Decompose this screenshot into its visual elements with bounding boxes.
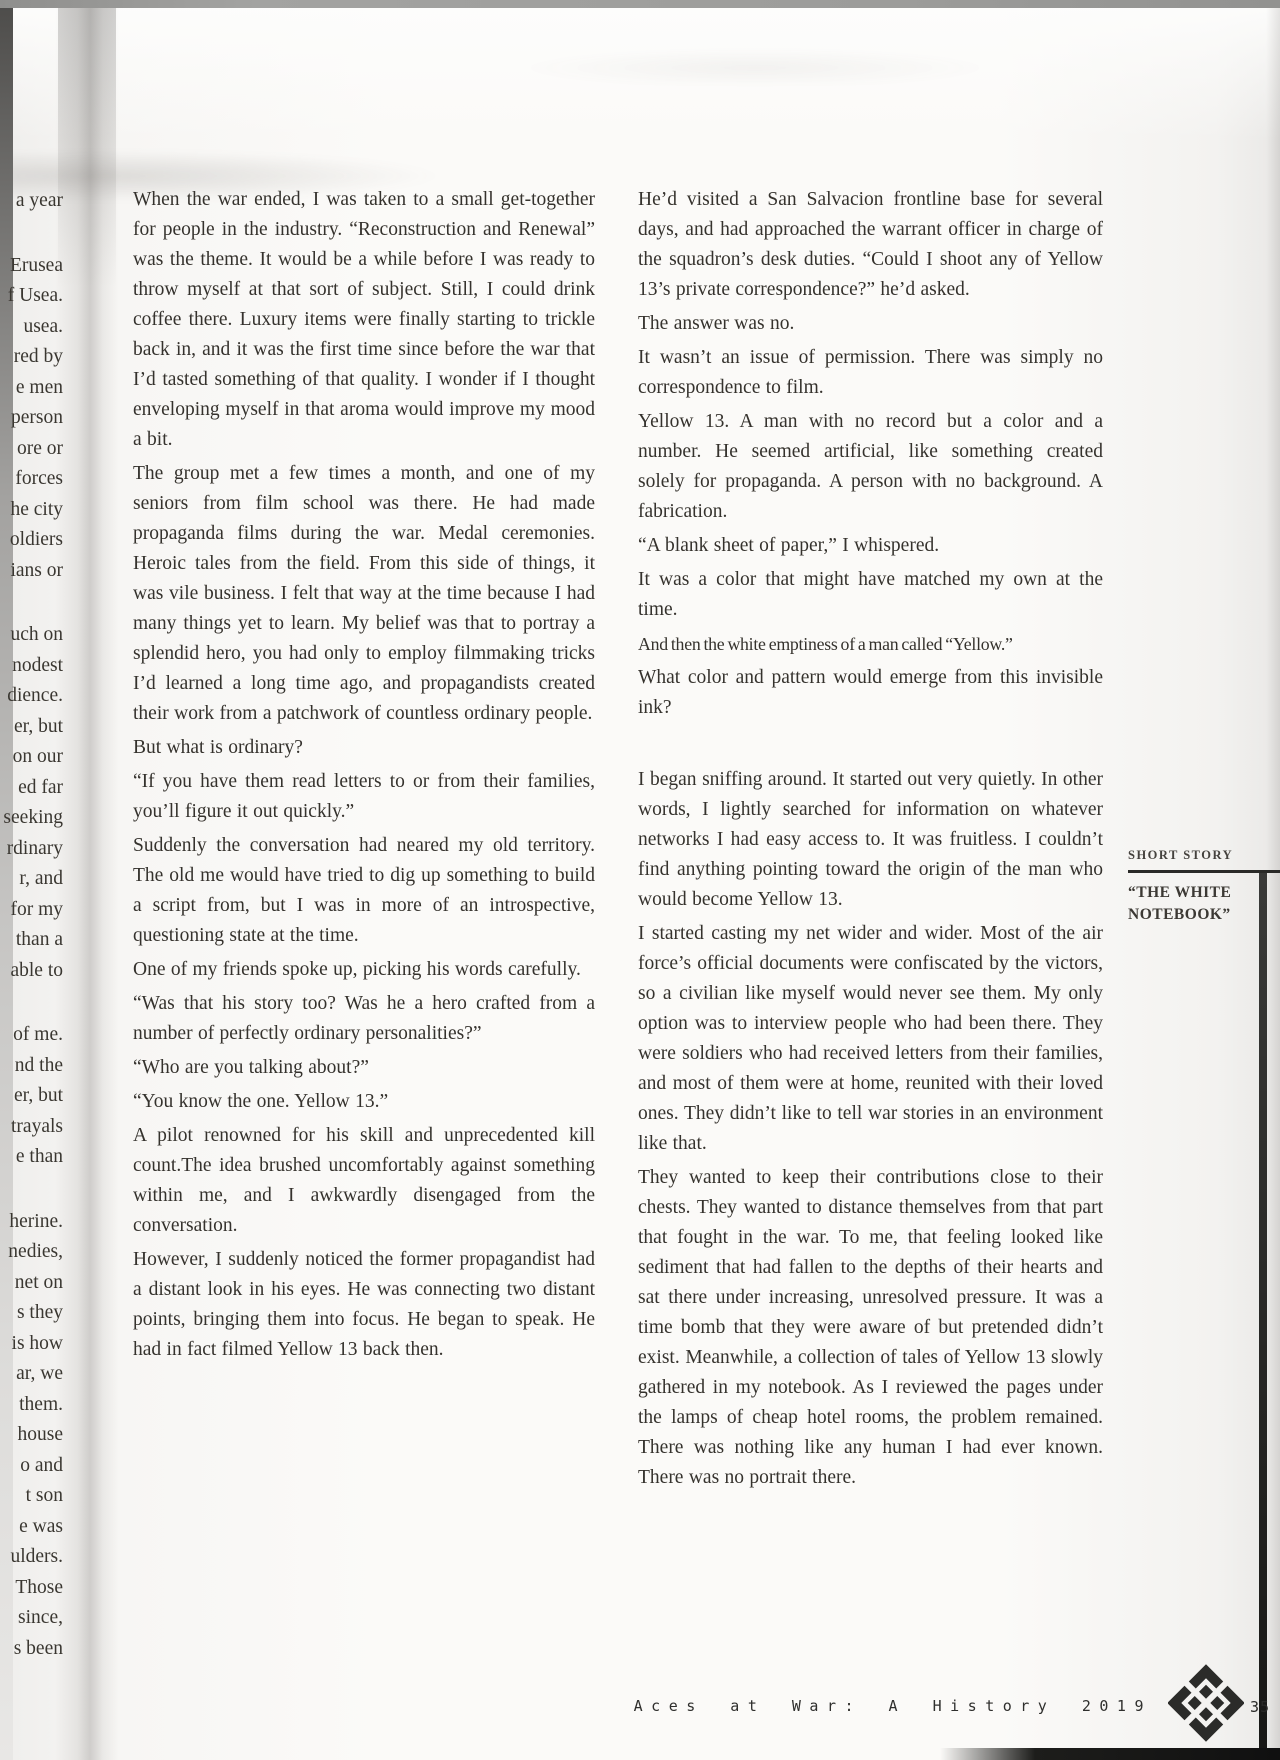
edge-text-fragment: a year [0, 186, 63, 217]
previous-page-text-fragments: a yearEruseaf Usea.usea.red bye menperso… [0, 186, 63, 1664]
edge-text-fragment: red by [0, 342, 63, 373]
paragraph: It was a color that might have matched m… [638, 565, 1103, 625]
edge-text-fragment: he city [0, 495, 63, 526]
edge-text-fragment: than a [0, 925, 63, 956]
aces-diamond-logo-icon [1168, 1660, 1244, 1746]
edge-text-fragment: f Usea. [0, 281, 63, 312]
paragraph: The group met a few times a month, and o… [133, 459, 595, 729]
edge-text-fragment: house [0, 1420, 63, 1451]
edge-text-fragment: oldiers [0, 525, 63, 556]
scan-bottom-edge-band [940, 1748, 1280, 1760]
sidebar-callout: SHORT STORY [1128, 848, 1258, 863]
edge-text-fragment: trayals [0, 1112, 63, 1143]
edge-text-fragment: nd the [0, 1051, 63, 1082]
paragraph: I began sniffing around. It started out … [638, 765, 1103, 915]
paragraph: “You know the one. Yellow 13.” [133, 1087, 595, 1117]
scanned-book-page: a yearEruseaf Usea.usea.red bye menperso… [0, 0, 1280, 1760]
paragraph: “Was that his story too? Was he a hero c… [133, 989, 595, 1049]
edge-text-fragment: nedies, [0, 1237, 63, 1268]
edge-text-fragment: s they [0, 1298, 63, 1329]
section-kicker: SHORT STORY [1128, 848, 1258, 863]
paragraph: A pilot renowned for his skill and unpre… [133, 1121, 595, 1241]
edge-text-fragment: on our [0, 742, 63, 773]
edge-text-fragment: r, and [0, 864, 63, 895]
edge-text-fragment: ed far [0, 773, 63, 804]
paragraph: “Who are you talking about?” [133, 1053, 595, 1083]
edge-text-fragment: able to [0, 956, 63, 987]
edge-text-fragment: ulders. [0, 1542, 63, 1573]
edge-text-fragment: seeking [0, 803, 63, 834]
paragraph: He’d visited a San Salvacion frontline b… [638, 185, 1103, 305]
edge-text-fragment: e than [0, 1142, 63, 1173]
paragraph: Yellow 13. A man with no record but a co… [638, 407, 1103, 527]
left-text-column: When the war ended, I was taken to a sma… [133, 185, 595, 1369]
edge-text-fragment: since, [0, 1603, 63, 1634]
edge-text-fragment: Those [0, 1573, 63, 1604]
story-title-line1: “THE WHITE [1128, 882, 1278, 904]
paragraph: However, I suddenly noticed the former p… [133, 1245, 595, 1365]
ink-bleed-smudge [520, 48, 990, 84]
edge-text-fragment: herine. [0, 1207, 63, 1238]
right-column-section-1: He’d visited a San Salvacion frontline b… [638, 185, 1103, 723]
scan-top-edge [0, 0, 1280, 8]
paragraph: “If you have them read letters to or fro… [133, 767, 595, 827]
sidebar-rule [1128, 870, 1280, 873]
paragraph: I started casting my net wider and wider… [638, 919, 1103, 1159]
edge-text-fragment: net on [0, 1268, 63, 1299]
edge-text-fragment: t son [0, 1481, 63, 1512]
edge-text-fragment: nodest [0, 651, 63, 682]
book-title: Aces at War: A History 2019 [520, 1697, 1152, 1715]
paragraph: And then the white emptiness of a man ca… [638, 629, 1103, 659]
paragraph: But what is ordinary? [133, 733, 595, 763]
edge-text-fragment: is how [0, 1329, 63, 1360]
edge-text-fragment: forces [0, 464, 63, 495]
edge-text-fragment: er, but [0, 1081, 63, 1112]
edge-text-fragment: e men [0, 373, 63, 404]
story-title-line2: NOTEBOOK” [1128, 904, 1278, 926]
right-column-section-2: I began sniffing around. It started out … [638, 765, 1103, 1493]
story-title: “THE WHITE NOTEBOOK” [1128, 882, 1278, 925]
paragraph: One of my friends spoke up, picking his … [133, 955, 595, 985]
next-page-edge-band [1259, 870, 1267, 1760]
edge-text-fragment: rdinary [0, 834, 63, 865]
paragraph: Suddenly the conversation had neared my … [133, 831, 595, 951]
paragraph: “A blank sheet of paper,” I whispered. [638, 531, 1103, 561]
edge-text-fragment: usea. [0, 312, 63, 343]
edge-text-fragment: them. [0, 1390, 63, 1421]
edge-text-fragment: person [0, 403, 63, 434]
edge-text-fragment: Erusea [0, 251, 63, 282]
paragraph: The answer was no. [638, 309, 1103, 339]
paragraph: It wasn’t an issue of permission. There … [638, 343, 1103, 403]
edge-text-fragment: ore or [0, 434, 63, 465]
edge-text-fragment: er, but [0, 712, 63, 743]
edge-text-fragment: o and [0, 1451, 63, 1482]
right-text-column: He’d visited a San Salvacion frontline b… [638, 185, 1103, 1497]
edge-text-fragment: ians or [0, 556, 63, 587]
edge-text-fragment: s been [0, 1634, 63, 1665]
edge-text-fragment: e was [0, 1512, 63, 1543]
edge-text-fragment: uch on [0, 620, 63, 651]
paragraph: What color and pattern would emerge from… [638, 663, 1103, 723]
edge-text-fragment: ar, we [0, 1359, 63, 1390]
paragraph: They wanted to keep their contributions … [638, 1163, 1103, 1493]
edge-text-fragment: of me. [0, 1020, 63, 1051]
paragraph: When the war ended, I was taken to a sma… [133, 185, 595, 455]
edge-text-fragment: for my [0, 895, 63, 926]
edge-text-fragment: dience. [0, 681, 63, 712]
page-number: 35 [1250, 1698, 1270, 1716]
